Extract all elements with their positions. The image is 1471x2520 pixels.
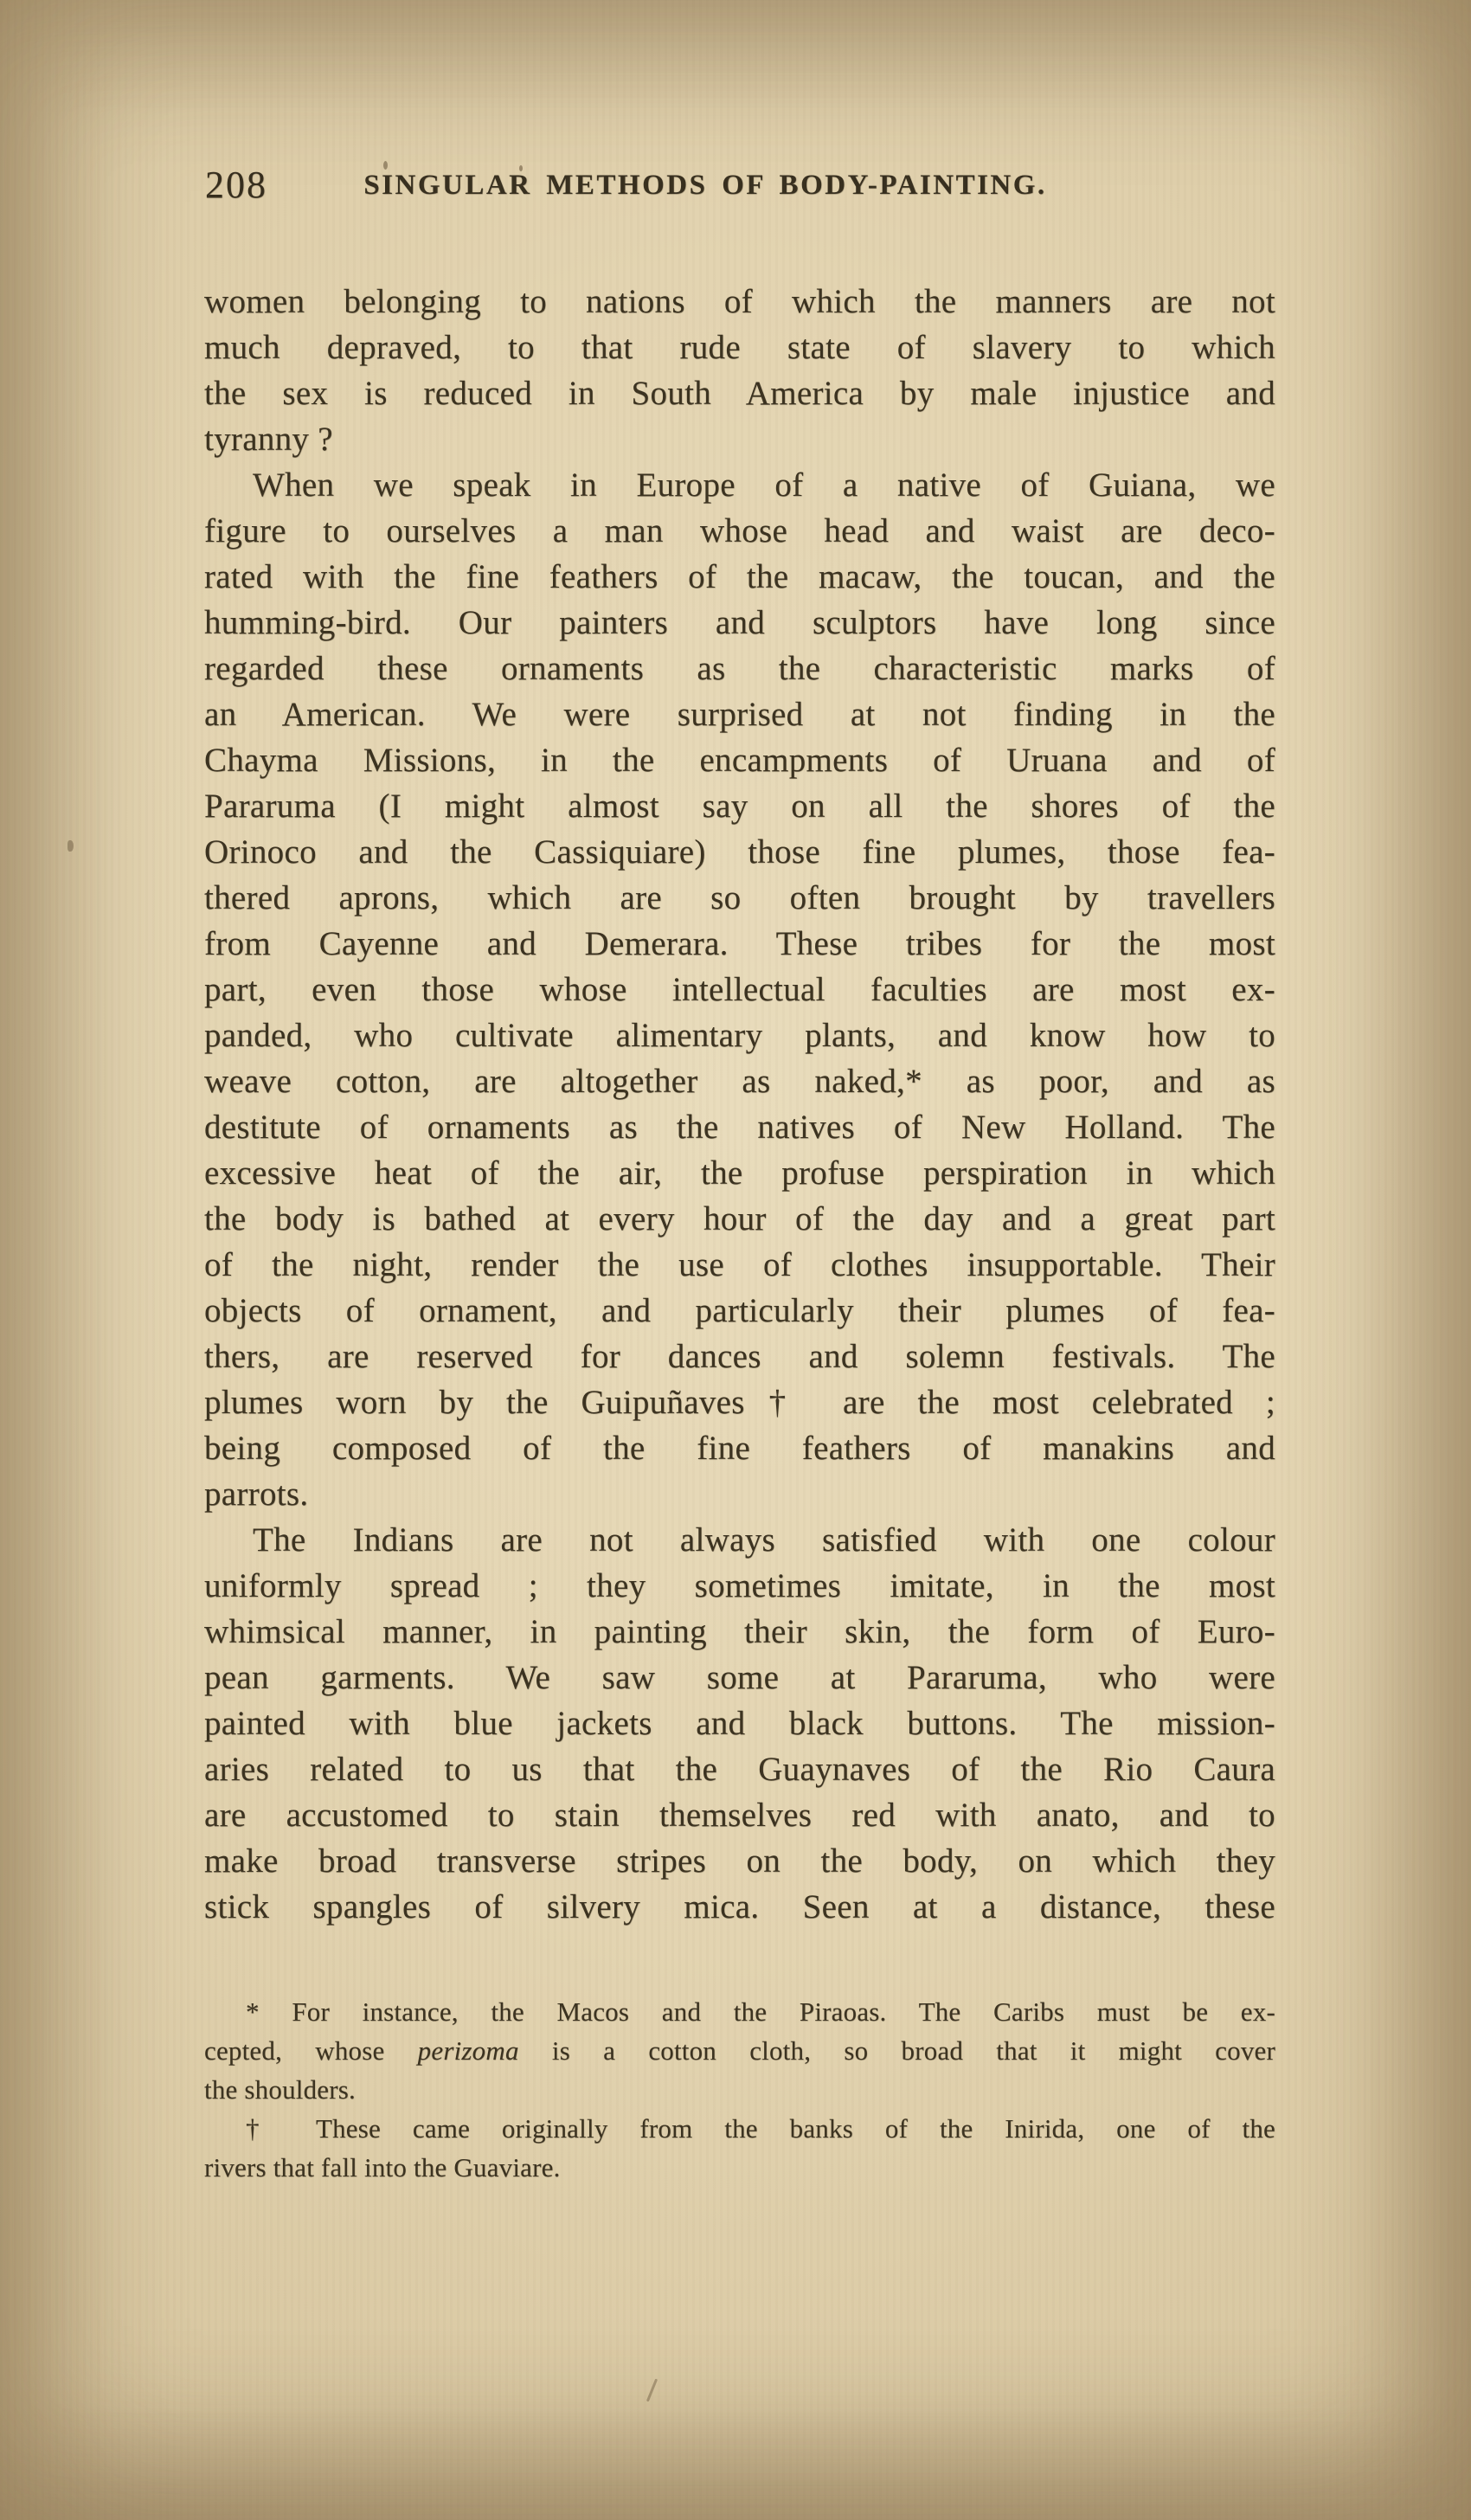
footnote-line: rivers that fall into the Guaviare.	[204, 2148, 1275, 2187]
text-line: from Cayenne and Demerara. These tribes …	[204, 921, 1275, 967]
text-line: part, even those whose intellectual facu…	[204, 967, 1275, 1012]
text-line: painted with blue jackets and black butt…	[204, 1700, 1275, 1746]
paper-speck	[646, 2378, 658, 2401]
text-line: panded, who cultivate alimentary plants,…	[204, 1012, 1275, 1058]
text-line: being composed of the fine feathers of m…	[204, 1425, 1275, 1471]
text-line: the sex is reduced in South America by m…	[204, 370, 1275, 416]
text-line: stick spangles of silvery mica. Seen at …	[204, 1884, 1275, 1930]
footnote: † These came originally from the banks o…	[204, 2109, 1275, 2187]
footnote-line: * For instance, the Macos and the Piraoa…	[204, 1992, 1275, 2031]
text-line: regarded these ornaments as the characte…	[204, 646, 1275, 691]
text-line: weave cotton, are altogether as naked,* …	[204, 1058, 1275, 1104]
text-line: thers, are reserved for dances and solem…	[204, 1334, 1275, 1379]
footnote-line: the shoulders.	[204, 2070, 1275, 2109]
text-line: objects of ornament, and particularly th…	[204, 1288, 1275, 1334]
footnotes: * For instance, the Macos and the Piraoa…	[204, 1992, 1275, 2187]
paragraph: The Indians are not always satisfied wit…	[204, 1517, 1275, 1930]
text-line: parrots.	[204, 1471, 1275, 1517]
text-line: Pararuma (I might almost say on all the …	[204, 783, 1275, 829]
text-line: much depraved, to that rude state of sla…	[204, 325, 1275, 370]
text-line: tyranny ?	[204, 416, 1275, 462]
text-line: humming-bird. Our painters and sculptors…	[204, 600, 1275, 646]
text-line: an American. We were surprised at not fi…	[204, 691, 1275, 737]
text-line: the body is bathed at every hour of the …	[204, 1196, 1275, 1242]
text-line: thered aprons, which are so often brough…	[204, 875, 1275, 921]
footnote-line: cepted, whose perizoma is a cotton cloth…	[204, 2031, 1275, 2070]
text-line: of the night, render the use of clothes …	[204, 1242, 1275, 1288]
text-line: Chayma Missions, in the encampments of U…	[204, 737, 1275, 783]
footnote: * For instance, the Macos and the Piraoa…	[204, 1992, 1275, 2109]
body-text: women belonging to nations of which the …	[204, 279, 1275, 1930]
text-line: plumes worn by the Guipuñaves† are the m…	[204, 1379, 1275, 1425]
text-line: are accustomed to stain themselves red w…	[204, 1792, 1275, 1838]
text-line: When we speak in Europe of a native of G…	[204, 462, 1275, 508]
paper-speck	[67, 840, 74, 852]
text-line: Orinoco and the Cassiquiare) those fine …	[204, 829, 1275, 875]
text-line: figure to ourselves a man whose head and…	[204, 508, 1275, 554]
paragraph: When we speak in Europe of a native of G…	[204, 462, 1275, 1517]
text-line: destitute of ornaments as the natives of…	[204, 1104, 1275, 1150]
paper-speck	[383, 161, 388, 170]
text-line: aries related to us that the Guaynaves o…	[204, 1746, 1275, 1792]
text-line: excessive heat of the air, the profuse p…	[204, 1150, 1275, 1196]
text-line: whimsical manner, in painting their skin…	[204, 1609, 1275, 1655]
running-header: SINGULAR METHODS OF BODY-PAINTING.	[329, 170, 1082, 202]
text-line: women belonging to nations of which the …	[204, 279, 1275, 325]
text-line: The Indians are not always satisfied wit…	[204, 1517, 1275, 1563]
text-line: make broad transverse stripes on the bod…	[204, 1838, 1275, 1884]
book-page-scan: 208 SINGULAR METHODS OF BODY-PAINTING. w…	[0, 0, 1471, 2520]
page-number: 208	[205, 163, 267, 207]
paragraph: women belonging to nations of which the …	[204, 279, 1275, 462]
text-line: pean garments. We saw some at Pararuma, …	[204, 1655, 1275, 1700]
footnote-line: † These came originally from the banks o…	[204, 2109, 1275, 2148]
text-line: rated with the fine feathers of the maca…	[204, 554, 1275, 600]
text-line: uniformly spread ; they sometimes imitat…	[204, 1563, 1275, 1609]
